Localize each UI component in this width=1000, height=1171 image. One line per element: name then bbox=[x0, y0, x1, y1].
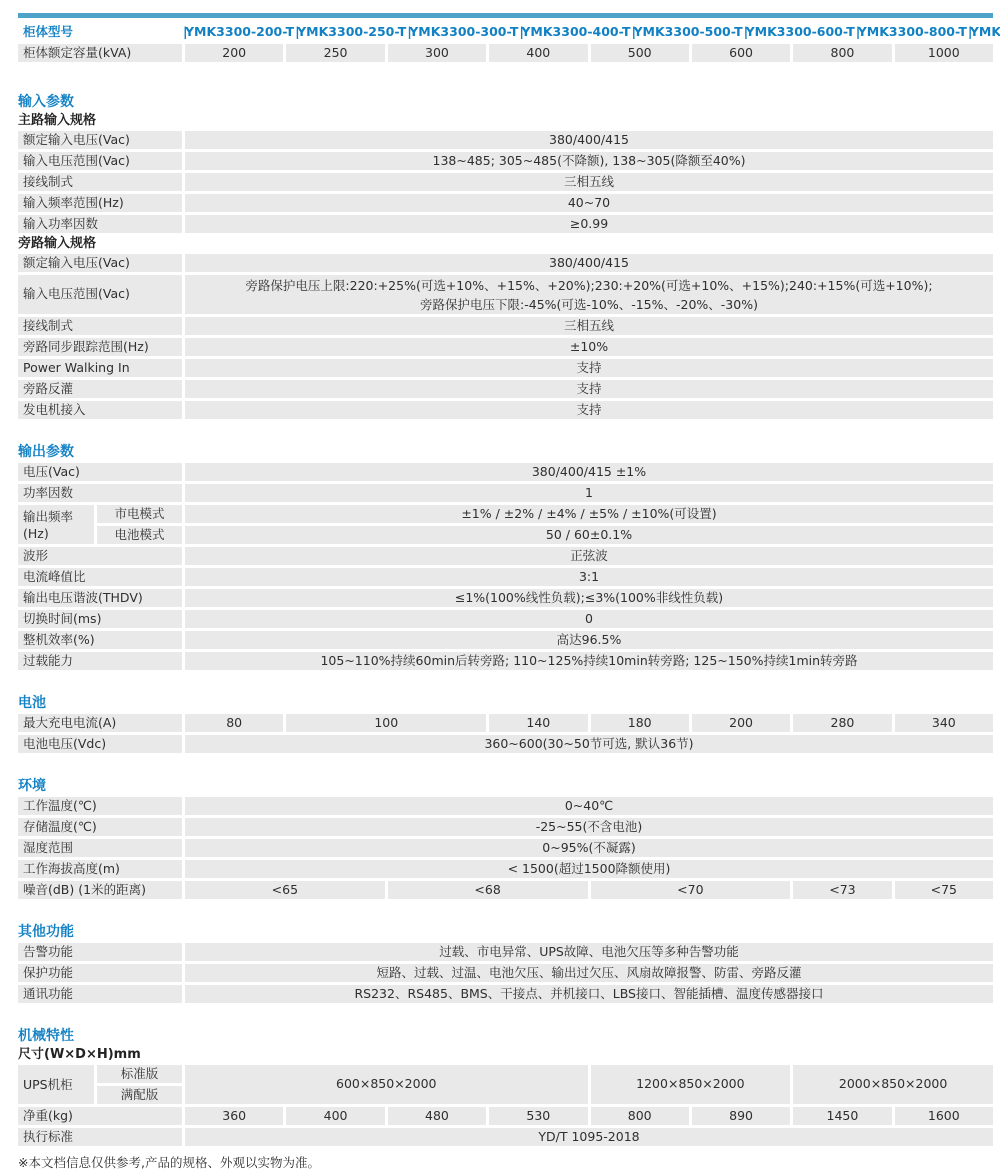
noise-row: 噪音(dB) (1米的距离) <65 <68 <70 <73 <75 bbox=[18, 881, 993, 899]
separator: | bbox=[295, 25, 300, 39]
row-value: < 1500(超过1500降额使用) bbox=[185, 860, 993, 878]
separator: | bbox=[744, 25, 749, 39]
row-label: 净重(kg) bbox=[18, 1107, 182, 1125]
row-value: 1 bbox=[185, 484, 993, 502]
row-label: 输入功率因数 bbox=[18, 215, 182, 233]
row-label: 保护功能 bbox=[18, 964, 182, 982]
row-value: ≥0.99 bbox=[185, 215, 993, 233]
row-value: 40~70 bbox=[185, 194, 993, 212]
row-label: 输出电压谐波(THDV) bbox=[18, 589, 182, 607]
freq-mode-value: ±1% / ±2% / ±4% / ±5% / ±10%(可设置) bbox=[185, 505, 993, 523]
row-value: 0~40℃ bbox=[185, 797, 993, 815]
row-label: 电压(Vac) bbox=[18, 463, 182, 481]
row-label: 通讯功能 bbox=[18, 985, 182, 1003]
row-label: 额定输入电压(Vac) bbox=[18, 131, 182, 149]
model-name: |YMK3300-250-T bbox=[297, 24, 406, 41]
section-title-input: 输入参数 bbox=[18, 94, 993, 110]
separator: | bbox=[968, 25, 973, 39]
row-value: ±10% bbox=[185, 338, 993, 356]
row-value: 0~95%(不凝露) bbox=[185, 839, 993, 857]
model-name: |YMK3300-1000-T bbox=[970, 24, 1000, 41]
charge-current-value: 140 bbox=[489, 714, 587, 732]
freq-mode-value: 50 / 60±0.1% bbox=[185, 526, 993, 544]
model-name-text: YMK3300-1000-T bbox=[970, 25, 1000, 39]
table-row: 工作海拔高度(m) < 1500(超过1500降额使用) bbox=[18, 860, 993, 878]
capacity-row: 柜体额定容量(kVA) 200 250 300 400 500 600 800 … bbox=[18, 44, 993, 62]
row-label: 最大充电电流(A) bbox=[18, 714, 182, 732]
row-value: 支持 bbox=[185, 401, 993, 419]
cabinet-dimension-value: 600×850×2000 bbox=[185, 1065, 588, 1104]
row-value: 三相五线 bbox=[185, 173, 993, 191]
footer-note: ※本文档信息仅供参考,产品的规格、外观以实物为准。 bbox=[18, 1153, 993, 1171]
table-row: 湿度范围 0~95%(不凝露) bbox=[18, 839, 993, 857]
row-value: 105~110%持续60min后转旁路; 110~125%持续10min转旁路;… bbox=[185, 652, 993, 670]
row-label: 输入电压范围(Vac) bbox=[18, 152, 182, 170]
section-title-other: 其他功能 bbox=[18, 924, 993, 940]
top-accent-bar bbox=[18, 13, 993, 18]
row-label: 接线制式 bbox=[18, 173, 182, 191]
model-name: |YMK3300-800-T bbox=[858, 24, 967, 41]
weight-value: 1450 bbox=[793, 1107, 891, 1125]
table-row: 额定输入电压(Vac) 380/400/415 bbox=[18, 254, 993, 272]
noise-value: <70 bbox=[591, 881, 791, 899]
row-value: 380/400/415 bbox=[185, 254, 993, 272]
model-name-text: YMK3300-300-T bbox=[409, 25, 518, 39]
noise-value: <75 bbox=[895, 881, 993, 899]
charge-current-value: 80 bbox=[185, 714, 283, 732]
cabinet-dimension-value: 2000×850×2000 bbox=[793, 1065, 993, 1104]
row-label: 功率因数 bbox=[18, 484, 182, 502]
table-row: 执行标准 YD/T 1095-2018 bbox=[18, 1128, 993, 1146]
separator: | bbox=[407, 25, 412, 39]
output-frequency-block: 输出频率 (Hz) 市电模式 ±1% / ±2% / ±4% / ±5% / ±… bbox=[18, 505, 993, 544]
table-row: 通讯功能 RS232、RS485、BMS、干接点、并机接口、LBS接口、智能插槽… bbox=[18, 985, 993, 1003]
subtitle-bypass-input: 旁路输入规格 bbox=[18, 236, 993, 251]
capacity-value: 800 bbox=[793, 44, 891, 62]
table-row-bypass-range: 输入电压范围(Vac) 旁路保护电压上限:220:+25%(可选+10%、+15… bbox=[18, 275, 993, 314]
cabinet-variant-label: 标准版 bbox=[97, 1065, 182, 1083]
row-value: 旁路保护电压上限:220:+25%(可选+10%、+15%、+20%);230:… bbox=[185, 275, 993, 314]
table-row: 存储温度(℃) -25~55(不含电池) bbox=[18, 818, 993, 836]
model-name: |YMK3300-300-T bbox=[409, 24, 518, 41]
capacity-value: 1000 bbox=[895, 44, 993, 62]
section-title-output: 输出参数 bbox=[18, 444, 993, 460]
bypass-range-line1: 旁路保护电压上限:220:+25%(可选+10%、+15%、+20%);230:… bbox=[245, 276, 932, 295]
freq-mode-label: 市电模式 bbox=[97, 505, 182, 523]
table-row: 旁路反灌 支持 bbox=[18, 380, 993, 398]
table-row: 保护功能 短路、过载、过温、电池欠压、输出过欠压、风扇故障报警、防雷、旁路反灌 bbox=[18, 964, 993, 982]
separator: | bbox=[856, 25, 861, 39]
section-title-mechanical: 机械特性 bbox=[18, 1028, 993, 1044]
model-name-text: YMK3300-500-T bbox=[634, 25, 743, 39]
row-value: ≤1%(100%线性负载);≤3%(100%非线性负载) bbox=[185, 589, 993, 607]
capacity-value: 500 bbox=[591, 44, 689, 62]
row-label: 输出频率 (Hz) bbox=[18, 505, 94, 544]
row-label: 接线制式 bbox=[18, 317, 182, 335]
noise-value: <65 bbox=[185, 881, 385, 899]
weight-value: 360 bbox=[185, 1107, 283, 1125]
table-row: 整机效率(%) 高达96.5% bbox=[18, 631, 993, 649]
capacity-row-label: 柜体额定容量(kVA) bbox=[18, 44, 182, 62]
table-row: 接线制式 三相五线 bbox=[18, 317, 993, 335]
charge-current-value: 180 bbox=[591, 714, 689, 732]
table-row: 工作温度(℃) 0~40℃ bbox=[18, 797, 993, 815]
weight-value: 400 bbox=[286, 1107, 384, 1125]
charge-current-value: 200 bbox=[692, 714, 790, 732]
row-value: 三相五线 bbox=[185, 317, 993, 335]
row-label: 告警功能 bbox=[18, 943, 182, 961]
table-row: 电池电压(Vdc) 360~600(30~50节可选, 默认36节) bbox=[18, 735, 993, 753]
capacity-value: 250 bbox=[286, 44, 384, 62]
row-value: 短路、过载、过温、电池欠压、输出过欠压、风扇故障报警、防雷、旁路反灌 bbox=[185, 964, 993, 982]
weight-row: 净重(kg) 360 400 480 530 800 890 1450 1600 bbox=[18, 1107, 993, 1125]
capacity-value: 300 bbox=[388, 44, 486, 62]
row-value: 支持 bbox=[185, 359, 993, 377]
weight-value: 530 bbox=[489, 1107, 587, 1125]
model-name-text: YMK3300-400-T bbox=[521, 25, 630, 39]
weight-value: 480 bbox=[388, 1107, 486, 1125]
table-row: Power Walking In 支持 bbox=[18, 359, 993, 377]
table-row: 旁路同步跟踪范围(Hz) ±10% bbox=[18, 338, 993, 356]
model-header-row: 柜体型号 |YMK3300-200-T |YMK3300-250-T |YMK3… bbox=[18, 24, 993, 41]
charge-current-value: 340 bbox=[895, 714, 993, 732]
charge-current-value: 280 bbox=[793, 714, 891, 732]
row-label: 电流峰值比 bbox=[18, 568, 182, 586]
subtitle-dimensions: 尺寸(W×D×H)mm bbox=[18, 1047, 993, 1062]
model-name-text: YMK3300-250-T bbox=[297, 25, 406, 39]
row-value: 正弦波 bbox=[185, 547, 993, 565]
spec-sheet-content: 柜体型号 |YMK3300-200-T |YMK3300-250-T |YMK3… bbox=[18, 13, 993, 1171]
cabinet-label-text: UPS机柜 bbox=[23, 1076, 73, 1093]
row-label: UPS机柜 bbox=[18, 1065, 94, 1104]
weight-value: 1600 bbox=[895, 1107, 993, 1125]
row-label: 执行标准 bbox=[18, 1128, 182, 1146]
table-row: 发电机接入 支持 bbox=[18, 401, 993, 419]
row-value: 支持 bbox=[185, 380, 993, 398]
row-label: 工作海拔高度(m) bbox=[18, 860, 182, 878]
row-label: 旁路同步跟踪范围(Hz) bbox=[18, 338, 182, 356]
noise-value: <73 bbox=[793, 881, 891, 899]
freq-label-line1: 输出频率 bbox=[23, 508, 73, 525]
capacity-value: 600 bbox=[692, 44, 790, 62]
row-value: 3:1 bbox=[185, 568, 993, 586]
model-name-text: YMK3300-800-T bbox=[858, 25, 967, 39]
row-value: 0 bbox=[185, 610, 993, 628]
cabinet-variant-label: 满配版 bbox=[97, 1086, 182, 1104]
section-title-environment: 环境 bbox=[18, 778, 993, 794]
row-label: 整机效率(%) bbox=[18, 631, 182, 649]
row-value: 380/400/415 ±1% bbox=[185, 463, 993, 481]
model-name-text: YMK3300-200-T bbox=[185, 25, 294, 39]
separator: | bbox=[183, 25, 188, 39]
table-row: 额定输入电压(Vac) 380/400/415 bbox=[18, 131, 993, 149]
row-label: 工作温度(℃) bbox=[18, 797, 182, 815]
table-row: 电流峰值比 3:1 bbox=[18, 568, 993, 586]
row-label: 旁路反灌 bbox=[18, 380, 182, 398]
section-title-battery: 电池 bbox=[18, 695, 993, 711]
subtitle-main-input: 主路输入规格 bbox=[18, 113, 993, 128]
model-row-label: 柜体型号 bbox=[18, 24, 182, 41]
table-row: 告警功能 过载、市电异常、UPS故障、电池欠压等多种告警功能 bbox=[18, 943, 993, 961]
ups-cabinet-block: UPS机柜 标准版 满配版 600×850×2000 1200×850×2000… bbox=[18, 1065, 993, 1104]
separator: | bbox=[632, 25, 637, 39]
row-label: 额定输入电压(Vac) bbox=[18, 254, 182, 272]
table-row: 切换时间(ms) 0 bbox=[18, 610, 993, 628]
row-label: 输入频率范围(Hz) bbox=[18, 194, 182, 212]
row-value: YD/T 1095-2018 bbox=[185, 1128, 993, 1146]
row-value: 380/400/415 bbox=[185, 131, 993, 149]
spec-sheet-page: 柜体型号 |YMK3300-200-T |YMK3300-250-T |YMK3… bbox=[0, 0, 1000, 1171]
model-name: |YMK3300-400-T bbox=[521, 24, 630, 41]
table-row: 输入电压范围(Vac) 138~485; 305~485(不降额), 138~3… bbox=[18, 152, 993, 170]
row-value: RS232、RS485、BMS、干接点、并机接口、LBS接口、智能插槽、温度传感… bbox=[185, 985, 993, 1003]
charge-current-value: 100 bbox=[286, 714, 486, 732]
row-value: 138~485; 305~485(不降额), 138~305(降额至40%) bbox=[185, 152, 993, 170]
separator: | bbox=[519, 25, 524, 39]
row-value: 高达96.5% bbox=[185, 631, 993, 649]
table-row: 过载能力 105~110%持续60min后转旁路; 110~125%持续10mi… bbox=[18, 652, 993, 670]
weight-value: 890 bbox=[692, 1107, 790, 1125]
row-label: 电池电压(Vdc) bbox=[18, 735, 182, 753]
capacity-value: 400 bbox=[489, 44, 587, 62]
table-row: 电压(Vac) 380/400/415 ±1% bbox=[18, 463, 993, 481]
noise-value: <68 bbox=[388, 881, 588, 899]
table-row: 输出电压谐波(THDV) ≤1%(100%线性负载);≤3%(100%非线性负载… bbox=[18, 589, 993, 607]
model-name: |YMK3300-500-T bbox=[634, 24, 743, 41]
row-label: 波形 bbox=[18, 547, 182, 565]
row-label: 噪音(dB) (1米的距离) bbox=[18, 881, 182, 899]
bypass-range-line2: 旁路保护电压下限:-45%(可选-10%、-15%、-20%、-30%) bbox=[420, 295, 758, 314]
freq-mode-label: 电池模式 bbox=[97, 526, 182, 544]
weight-value: 800 bbox=[591, 1107, 689, 1125]
battery-charge-row: 最大充电电流(A) 80 100 140 180 200 280 340 bbox=[18, 714, 993, 732]
row-label: 输入电压范围(Vac) bbox=[18, 275, 182, 314]
table-row: 输入频率范围(Hz) 40~70 bbox=[18, 194, 993, 212]
capacity-value: 200 bbox=[185, 44, 283, 62]
model-name: |YMK3300-200-T bbox=[185, 24, 294, 41]
table-row: 波形 正弦波 bbox=[18, 547, 993, 565]
cabinet-dimension-value: 1200×850×2000 bbox=[591, 1065, 791, 1104]
row-label: 湿度范围 bbox=[18, 839, 182, 857]
model-name: |YMK3300-600-T bbox=[746, 24, 855, 41]
row-label: 切换时间(ms) bbox=[18, 610, 182, 628]
table-row: 功率因数 1 bbox=[18, 484, 993, 502]
row-value: 360~600(30~50节可选, 默认36节) bbox=[185, 735, 993, 753]
freq-label-line2: (Hz) bbox=[23, 525, 49, 542]
table-row: 输入功率因数 ≥0.99 bbox=[18, 215, 993, 233]
row-label: Power Walking In bbox=[18, 359, 182, 377]
row-value: 过载、市电异常、UPS故障、电池欠压等多种告警功能 bbox=[185, 943, 993, 961]
row-label: 发电机接入 bbox=[18, 401, 182, 419]
row-label: 过载能力 bbox=[18, 652, 182, 670]
table-row: 接线制式 三相五线 bbox=[18, 173, 993, 191]
row-value: -25~55(不含电池) bbox=[185, 818, 993, 836]
row-label: 存储温度(℃) bbox=[18, 818, 182, 836]
model-name-text: YMK3300-600-T bbox=[746, 25, 855, 39]
